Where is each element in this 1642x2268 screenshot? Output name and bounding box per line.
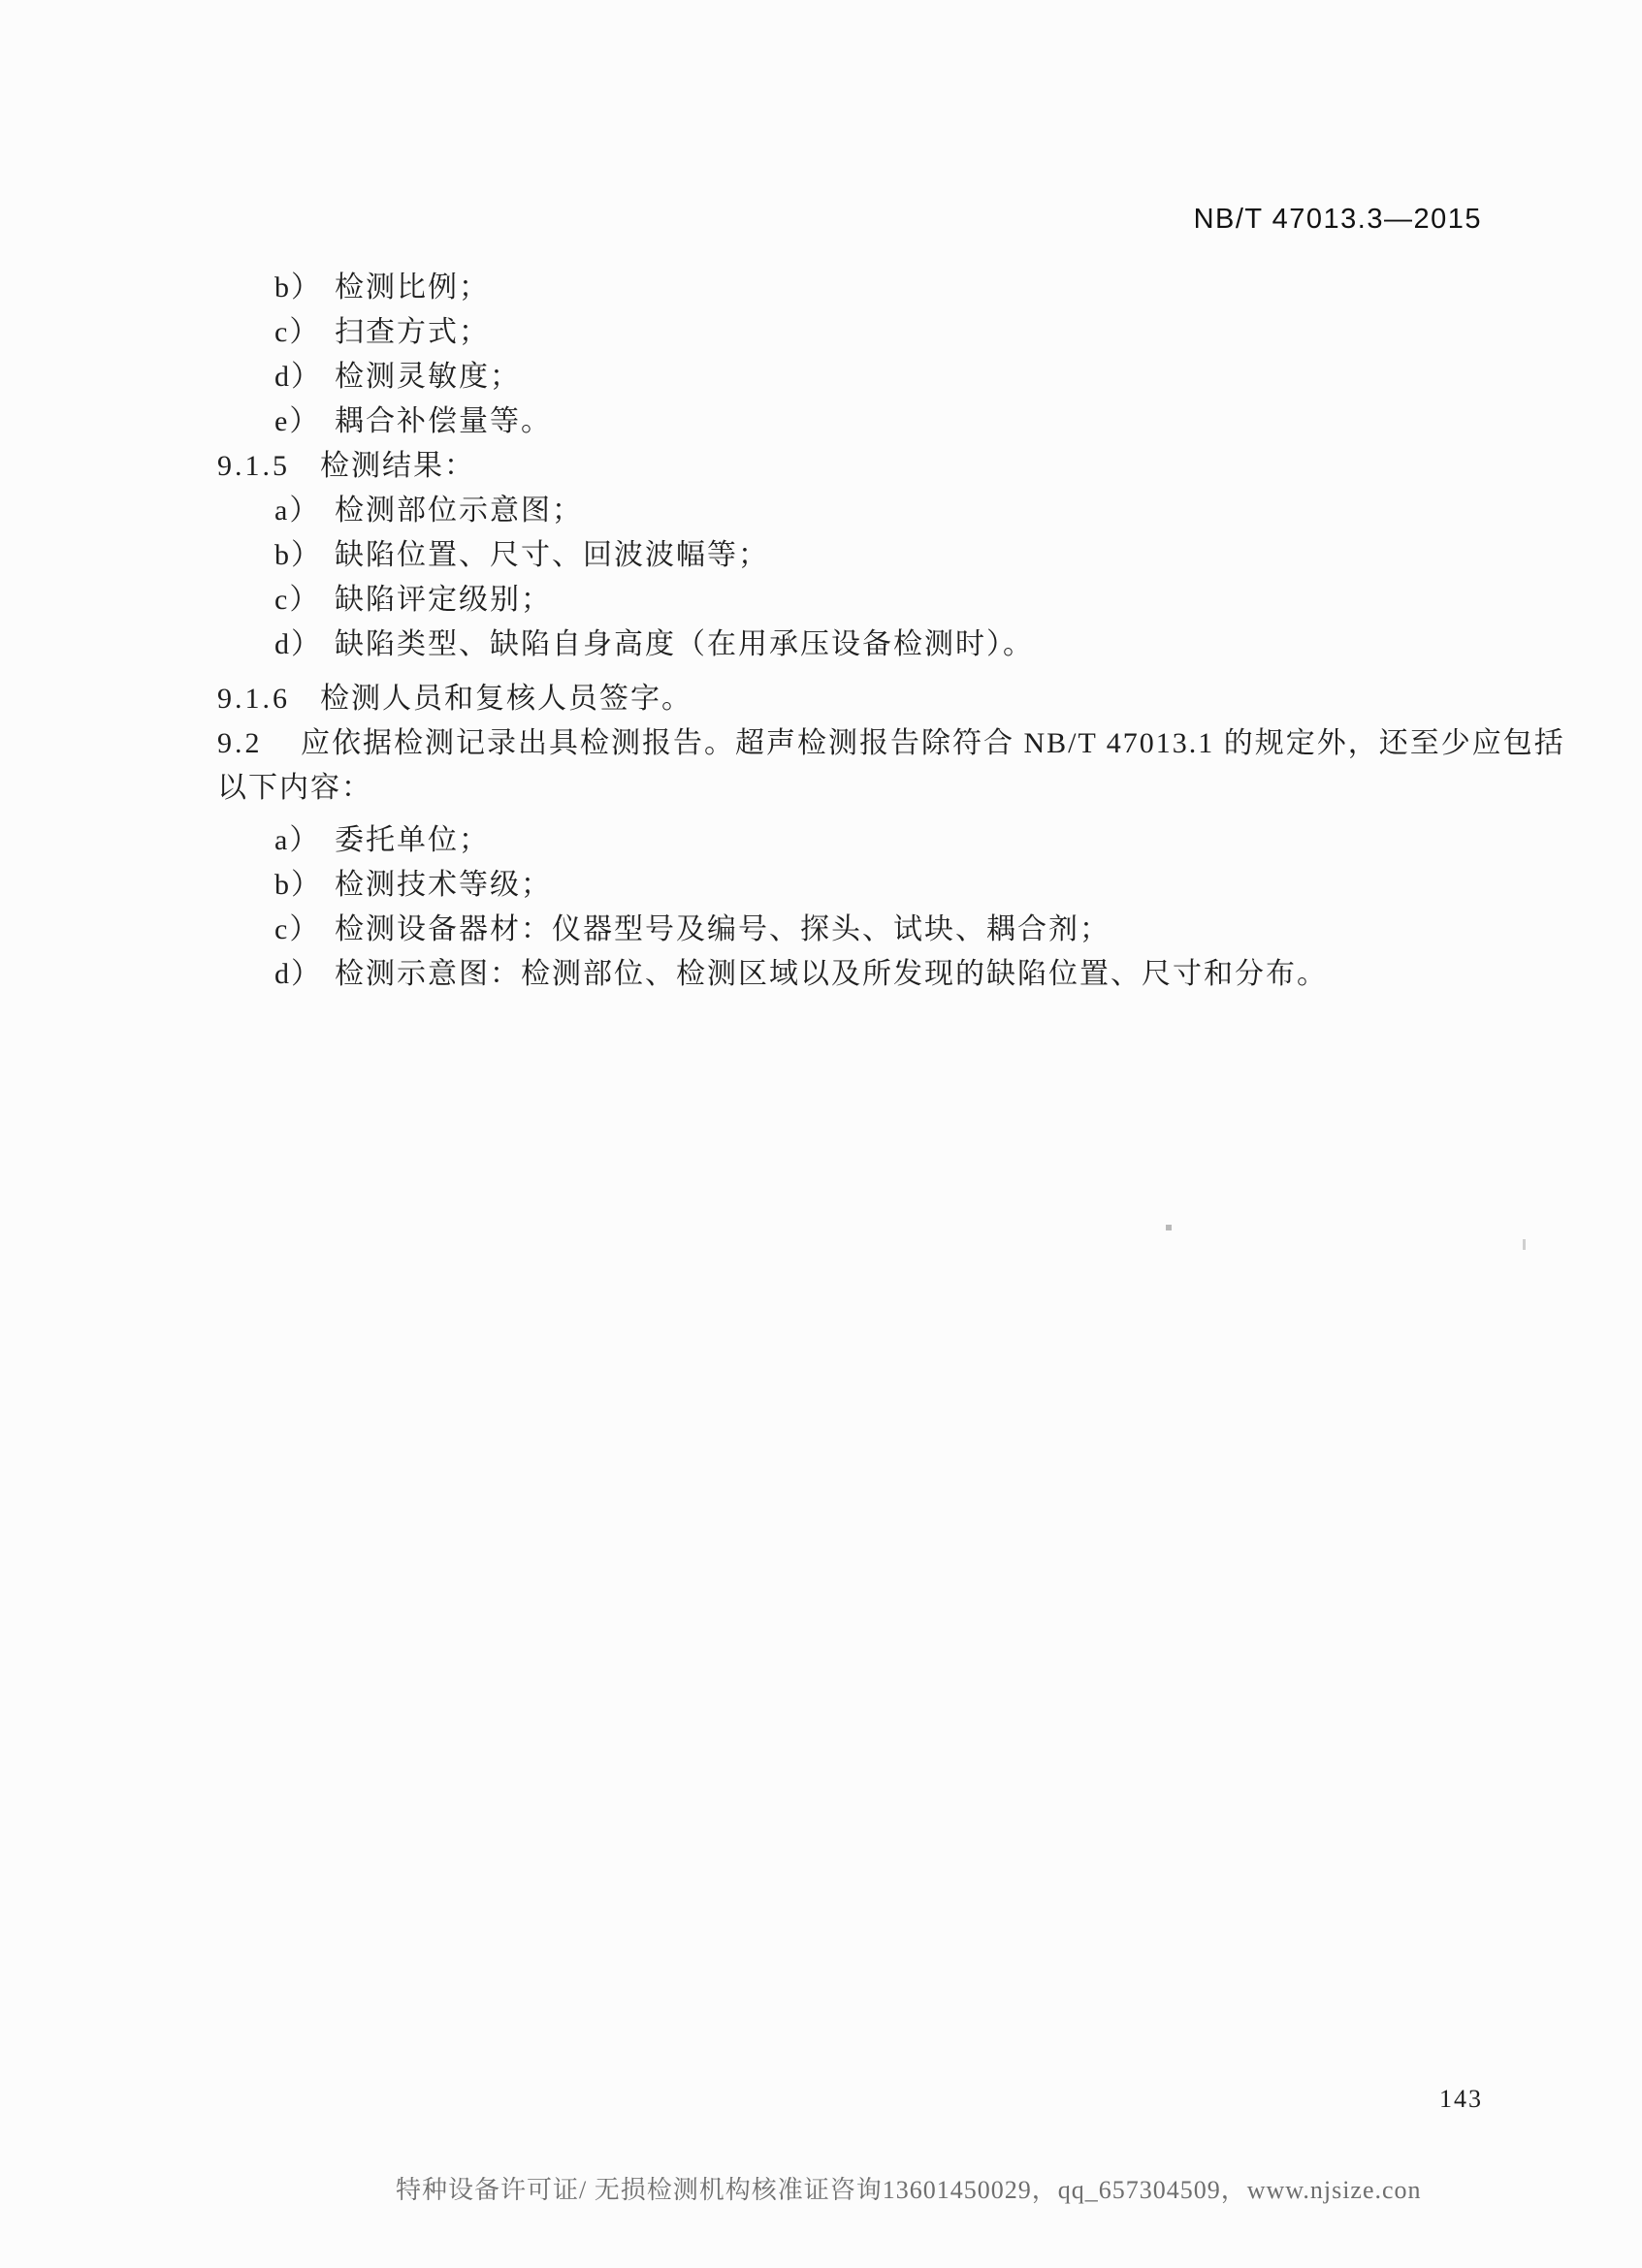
section-number: 9.1.6 — [217, 677, 320, 721]
list-item: b）检测比例； — [0, 266, 1642, 310]
list-item: a）委托单位； — [0, 818, 1642, 863]
scan-speck — [1166, 1225, 1172, 1230]
list-item-marker: b） — [274, 863, 335, 908]
list-item: c）检测设备器材：仪器型号及编号、探头、试块、耦合剂； — [0, 908, 1642, 952]
list-item-text: 缺陷位置、尺寸、回波波幅等； — [335, 539, 769, 571]
list-item-marker: c） — [274, 578, 335, 623]
list-item-text: 委托单位； — [335, 824, 490, 856]
scan-speck — [1523, 1239, 1526, 1250]
paragraph-text: 应依据检测记录出具检测报告。超声检测报告除符合 NB/T 47013.1 的规定… — [301, 727, 1565, 759]
list-item-text: 扫查方式； — [335, 316, 490, 348]
list-item-marker: d） — [274, 355, 335, 399]
list-item-text: 检测比例； — [335, 272, 490, 303]
list-item-marker: a） — [274, 818, 335, 863]
list-item: d）缺陷类型、缺陷自身高度（在用承压设备检测时）。 — [0, 623, 1642, 667]
list-item-marker: e） — [274, 399, 335, 444]
section-title: 检测人员和复核人员签字。 — [320, 683, 692, 715]
section-paragraph-92-line2: 以下内容： — [0, 766, 1642, 811]
section-number: 9.1.5 — [217, 444, 320, 489]
list-item-marker: b） — [274, 533, 335, 578]
list-item-text: 检测灵敏度； — [335, 361, 521, 393]
list-item-marker: d） — [274, 952, 335, 997]
watermark-footer-text: 特种设备许可证/ 无损检测机构核准证咨询13601450029，qq_65730… — [396, 2170, 1422, 2206]
list-item: c）扫查方式； — [0, 310, 1642, 355]
document-page: NB/T 47013.3—2015 b）检测比例； c）扫查方式； d）检测灵敏… — [0, 0, 1642, 2268]
page-number: 143 — [1439, 2085, 1483, 2114]
list-item-text: 检测部位示意图； — [335, 495, 583, 527]
paragraph-text: 以下内容： — [217, 772, 372, 804]
list-item: a）检测部位示意图； — [0, 489, 1642, 533]
list-item-marker: b） — [274, 266, 335, 310]
list-item: c）缺陷评定级别； — [0, 578, 1642, 623]
list-item-marker: d） — [274, 623, 335, 667]
list-item-text: 缺陷评定级别； — [335, 584, 552, 616]
list-item: d）检测示意图：检测部位、检测区域以及所发现的缺陷位置、尺寸和分布。 — [0, 952, 1642, 997]
list-item: e）耦合补偿量等。 — [0, 399, 1642, 444]
list-item: b）缺陷位置、尺寸、回波波幅等； — [0, 533, 1642, 578]
section-title: 检测结果： — [320, 450, 475, 482]
section-heading-916: 9.1.6检测人员和复核人员签字。 — [0, 677, 1642, 721]
list-item-text: 耦合补偿量等。 — [335, 405, 552, 437]
standard-number-header: NB/T 47013.3—2015 — [1194, 204, 1482, 236]
list-item-marker: c） — [274, 908, 335, 952]
document-body: b）检测比例； c）扫查方式； d）检测灵敏度； e）耦合补偿量等。 9.1.5… — [0, 266, 1642, 997]
section-heading-915: 9.1.5检测结果： — [0, 444, 1642, 489]
list-item: b）检测技术等级； — [0, 863, 1642, 908]
list-item-text: 检测设备器材：仪器型号及编号、探头、试块、耦合剂； — [335, 913, 1111, 945]
list-item-marker: c） — [274, 310, 335, 355]
section-number: 9.2 — [217, 721, 301, 766]
section-paragraph-92-line1: 9.2应依据检测记录出具检测报告。超声检测报告除符合 NB/T 47013.1 … — [0, 721, 1642, 766]
list-item: d）检测灵敏度； — [0, 355, 1642, 399]
list-item-text: 检测技术等级； — [335, 869, 552, 901]
list-item-text: 缺陷类型、缺陷自身高度（在用承压设备检测时）。 — [335, 628, 1034, 660]
list-item-text: 检测示意图：检测部位、检测区域以及所发现的缺陷位置、尺寸和分布。 — [335, 958, 1328, 990]
list-item-marker: a） — [274, 489, 335, 533]
